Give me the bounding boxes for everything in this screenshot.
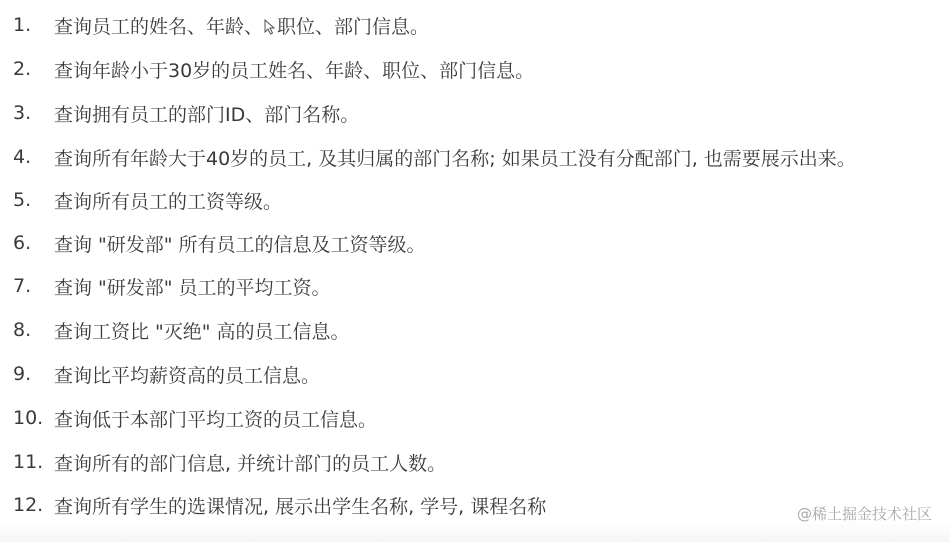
item-number: 9. <box>0 363 54 385</box>
list-item: 12. 查询所有学生的选课情况, 展示出学生名称, 学号, 课程名称 <box>0 485 546 525</box>
item-text-part: 查询员工的姓名、年龄、 <box>54 16 263 38</box>
list-item: 11. 查询所有的部门信息, 并统计部门的员工人数。 <box>0 442 446 482</box>
item-text: 查询拥有员工的部门ID、部门名称。 <box>54 100 359 127</box>
list-item: 6. 查询 "研发部" 所有员工的信息及工资等级。 <box>0 223 426 263</box>
item-number: 8. <box>0 319 54 341</box>
item-text: 查询员工的姓名、年龄、职位、部门信息。 <box>54 12 429 39</box>
item-text: 查询年龄小于30岁的员工姓名、年龄、职位、部门信息。 <box>54 56 534 83</box>
item-number: 1. <box>0 14 54 36</box>
item-text-part: 职位、部门信息。 <box>277 16 429 38</box>
watermark: @稀土掘金技术社区 <box>797 503 932 524</box>
list-item: 7. 查询 "研发部" 员工的平均工资。 <box>0 266 331 306</box>
list-item: 10. 查询低于本部门平均工资的员工信息。 <box>0 398 377 438</box>
item-text: 查询所有年龄大于40岁的员工, 及其归属的部门名称; 如果员工没有分配部门, 也… <box>54 144 856 171</box>
item-text: 查询低于本部门平均工资的员工信息。 <box>54 405 377 432</box>
item-number: 2. <box>0 58 54 80</box>
list-item: 3. 查询拥有员工的部门ID、部门名称。 <box>0 93 359 133</box>
mouse-pointer-icon <box>264 19 276 35</box>
item-text: 查询所有员工的工资等级。 <box>54 187 282 214</box>
item-text: 查询所有学生的选课情况, 展示出学生名称, 学号, 课程名称 <box>54 492 546 519</box>
item-text: 查询 "研发部" 员工的平均工资。 <box>54 273 331 300</box>
item-text: 查询工资比 "灭绝" 高的员工信息。 <box>54 317 350 344</box>
item-number: 6. <box>0 232 54 254</box>
list-item: 1. 查询员工的姓名、年龄、职位、部门信息。 <box>0 5 429 45</box>
list-item: 8. 查询工资比 "灭绝" 高的员工信息。 <box>0 310 350 350</box>
list-item: 9. 查询比平均薪资高的员工信息。 <box>0 354 320 394</box>
item-number: 4. <box>0 146 54 168</box>
item-number: 5. <box>0 189 54 211</box>
list-item: 4. 查询所有年龄大于40岁的员工, 及其归属的部门名称; 如果员工没有分配部门… <box>0 137 856 177</box>
item-text: 查询 "研发部" 所有员工的信息及工资等级。 <box>54 230 426 257</box>
item-number: 11. <box>0 451 54 473</box>
item-number: 7. <box>0 275 54 297</box>
item-text: 查询所有的部门信息, 并统计部门的员工人数。 <box>54 449 446 476</box>
item-text: 查询比平均薪资高的员工信息。 <box>54 361 320 388</box>
list-item: 5. 查询所有员工的工资等级。 <box>0 180 282 220</box>
list-item: 2. 查询年龄小于30岁的员工姓名、年龄、职位、部门信息。 <box>0 49 534 89</box>
item-number: 12. <box>0 494 54 516</box>
item-number: 10. <box>0 407 54 429</box>
item-number: 3. <box>0 102 54 124</box>
